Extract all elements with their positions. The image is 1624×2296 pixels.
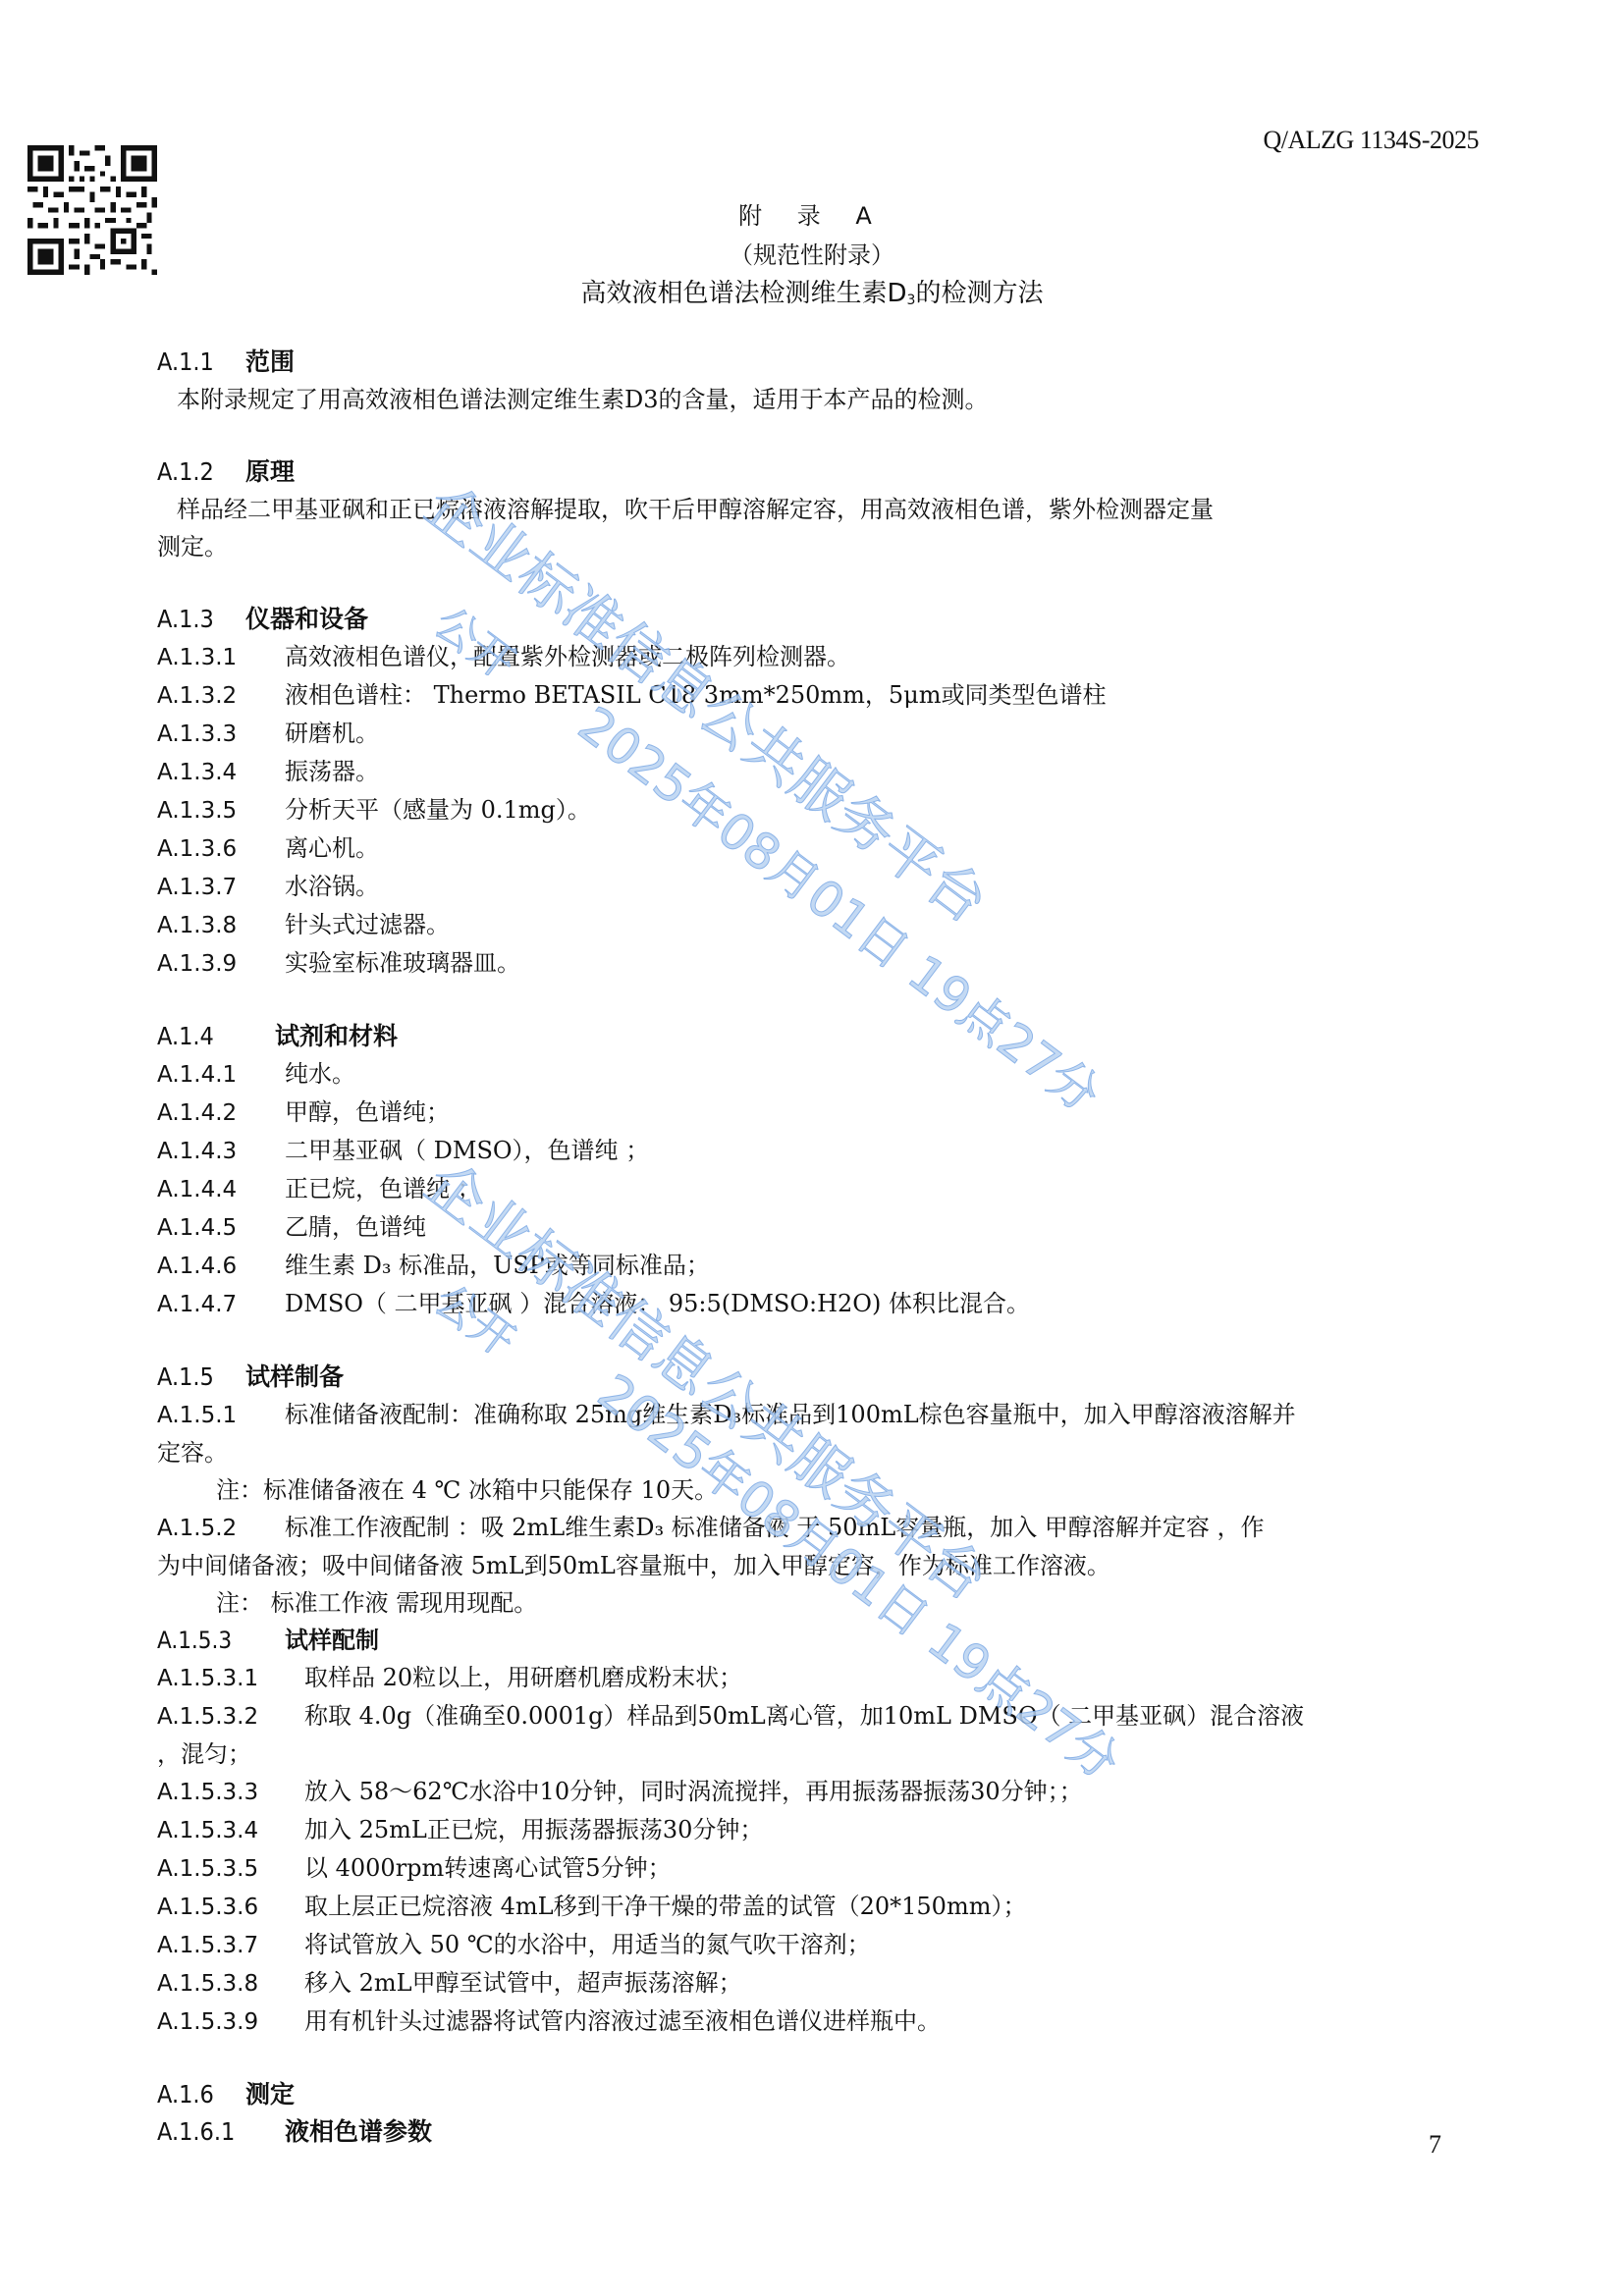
list-item: A.1.4.7DMSO（ 二甲基亚砜 ）混合溶液： 95:5(DMSO:H2O)… — [157, 1285, 1473, 1323]
item-continuation: 定容。 — [157, 1434, 1473, 1471]
appendix-title-post: 的检测方法 — [915, 279, 1043, 308]
section-heading-scope: A.1.1范围 — [157, 344, 1473, 381]
document-code: Q/ALZG 1134S-2025 — [1264, 126, 1479, 155]
section-number: A.1.5 — [157, 1359, 245, 1396]
section-number: A.1.1 — [157, 344, 245, 381]
section-number: A.1.3 — [157, 601, 245, 638]
item-number: A.1.3.2 — [157, 677, 285, 715]
list-item: A.1.3.7水浴锅。 — [157, 868, 1473, 906]
item-number: A.1.5.3.3 — [157, 1774, 304, 1811]
section-title: 原理 — [245, 457, 295, 486]
item-text: 将试管放入 50 ℃的水浴中，用适当的氮气吹干溶剂； — [304, 1931, 871, 1958]
section-number: A.1.6 — [157, 2076, 245, 2113]
list-item: A.1.5.2标准工作液配制 ：吸 2mL维生素D₃ 标准储备液 于 50mL容… — [157, 1509, 1473, 1547]
item-number: A.1.3.7 — [157, 869, 285, 906]
item-continuation: 为中间储备液；吸中间储备液 5mL到50mL容量瓶中，加入甲醇定容，作为标准工作… — [157, 1547, 1473, 1584]
item-number: A.1.3.4 — [157, 754, 285, 791]
list-item: A.1.4.4正已烷，色谱纯 ； — [157, 1170, 1473, 1208]
item-text: 离心机。 — [285, 834, 379, 862]
list-item: A.1.5.1标准储备液配制：准确称取 25mg维生素D₃标准品到100mL棕色… — [157, 1396, 1473, 1434]
item-number: A.1.4.7 — [157, 1286, 285, 1323]
section-title: 范围 — [245, 347, 295, 376]
item-text: 高效液相色谱仪，配置紫外检测器或二极阵列检测器。 — [285, 643, 850, 670]
list-item: A.1.3.2液相色谱柱： Thermo BETASIL C18 3mm*250… — [157, 676, 1473, 715]
section-heading-principle: A.1.2原理 — [157, 454, 1473, 491]
list-item: A.1.3.4振荡器。 — [157, 753, 1473, 791]
item-text: 加入 25mL正已烷，用振荡器振荡30分钟； — [304, 1816, 763, 1843]
item-number: A.1.5.2 — [157, 1510, 285, 1547]
item-number: A.1.4.2 — [157, 1095, 285, 1132]
appendix-label: 附 录 A — [0, 196, 1624, 231]
item-number: A.1.5.3.6 — [157, 1889, 304, 1926]
section-number: A.1.6.1 — [157, 2113, 285, 2151]
item-text: 振荡器。 — [285, 758, 379, 785]
subsection-heading-hplc-params: A.1.6.1液相色谱参数 — [157, 2113, 1473, 2151]
item-text: 用有机针头过滤器将试管内溶液过滤至液相色谱仪进样瓶中。 — [304, 2007, 941, 2035]
item-text: 纯水。 — [285, 1060, 355, 1088]
list-item: A.1.5.3.5以 4000rpm转速离心试管5分钟； — [157, 1849, 1473, 1888]
appendix-type: （规范性附录） — [0, 236, 1624, 270]
section-number: A.1.4 — [157, 1018, 275, 1055]
item-text: 甲醇，色谱纯； — [285, 1098, 450, 1126]
item-number: A.1.5.1 — [157, 1397, 285, 1434]
item-number: A.1.4.5 — [157, 1209, 285, 1247]
section-title: 试样配制 — [285, 1627, 379, 1654]
list-item: A.1.3.8针头式过滤器。 — [157, 906, 1473, 944]
item-number: A.1.5.3.1 — [157, 1660, 304, 1697]
section-title: 测定 — [245, 2080, 295, 2109]
list-item: A.1.4.2甲醇，色谱纯； — [157, 1094, 1473, 1132]
list-item: A.1.4.3二甲基亚砜（ DMSO），色谱纯 ； — [157, 1132, 1473, 1170]
note-text: 注：标准储备液在 4 ℃ 冰箱中只能保存 10天。 — [157, 1471, 1473, 1509]
item-number: A.1.3.9 — [157, 945, 285, 983]
section-title: 仪器和设备 — [245, 605, 368, 633]
appendix-title-pre: 高效液相色谱法检测维生素 — [581, 279, 888, 308]
item-number: A.1.4.6 — [157, 1248, 285, 1285]
item-text: 液相色谱柱： Thermo BETASIL C18 3mm*250mm，5μm或… — [285, 681, 1107, 709]
item-number: A.1.3.6 — [157, 830, 285, 868]
section-title: 液相色谱参数 — [285, 2117, 432, 2146]
appendix-title-d: D — [888, 279, 907, 308]
item-text: 针头式过滤器。 — [285, 911, 450, 938]
item-text: 标准工作液配制 ：吸 2mL维生素D₃ 标准储备液 于 50mL容量瓶，加入 甲… — [285, 1514, 1264, 1541]
list-item: A.1.5.3.4加入 25mL正已烷，用振荡器振荡30分钟； — [157, 1811, 1473, 1849]
section-heading-sample-prep: A.1.5试样制备 — [157, 1359, 1473, 1396]
list-item: A.1.5.3.1取样品 20粒以上，用研磨机磨成粉末状； — [157, 1659, 1473, 1697]
list-item: A.1.4.6维生素 D₃ 标准品，USP或等同标准品； — [157, 1247, 1473, 1285]
item-text: 标准储备液配制：准确称取 25mg维生素D₃标准品到100mL棕色容量瓶中，加入… — [285, 1401, 1296, 1428]
list-item: A.1.3.1高效液相色谱仪，配置紫外检测器或二极阵列检测器。 — [157, 638, 1473, 676]
item-number: A.1.5.3.9 — [157, 2003, 304, 2041]
item-number: A.1.5.3.2 — [157, 1698, 304, 1735]
item-number: A.1.3.5 — [157, 792, 285, 829]
item-text: 以 4000rpm转速离心试管5分钟； — [304, 1854, 672, 1882]
list-item: A.1.5.3.2称取 4.0g（准确至0.0001g）样品到50mL离心管，加… — [157, 1697, 1473, 1735]
item-number: A.1.4.3 — [157, 1133, 285, 1170]
page-number: 7 — [1429, 2130, 1441, 2160]
list-item: A.1.3.5分析天平（感量为 0.1mg）。 — [157, 791, 1473, 829]
item-continuation: ，混匀； — [157, 1735, 1473, 1773]
item-number: A.1.5.3.7 — [157, 1927, 304, 1964]
document-body: A.1.1范围 本附录规定了用高效液相色谱法测定维生素D3的含量，适用于本产品的… — [157, 344, 1473, 2151]
principle-paragraph-line1: 样品经二甲基亚砜和正已烷溶液溶解提取，吹干后甲醇溶解定容，用高效液相色谱，紫外检… — [157, 491, 1473, 528]
item-text: 取样品 20粒以上，用研磨机磨成粉末状； — [304, 1664, 742, 1691]
list-item: A.1.3.6离心机。 — [157, 829, 1473, 868]
principle-paragraph-line2: 测定。 — [157, 528, 1473, 565]
list-item: A.1.5.3.7将试管放入 50 ℃的水浴中，用适当的氮气吹干溶剂； — [157, 1926, 1473, 1964]
item-number: A.1.5.3.5 — [157, 1850, 304, 1888]
item-text: 水浴锅。 — [285, 873, 379, 900]
item-number: A.1.5.3.8 — [157, 1965, 304, 2002]
list-item: A.1.5.3.6取上层正已烷溶液 4mL移到干净干燥的带盖的试管（20*150… — [157, 1888, 1473, 1926]
section-heading-instruments: A.1.3仪器和设备 — [157, 601, 1473, 638]
item-number: A.1.3.8 — [157, 907, 285, 944]
section-heading-reagents: A.1.4试剂和材料 — [157, 1018, 1473, 1055]
item-number: A.1.3.3 — [157, 716, 285, 753]
item-number: A.1.5.3.4 — [157, 1812, 304, 1849]
list-item: A.1.4.5乙腈，色谱纯 — [157, 1208, 1473, 1247]
list-item: A.1.5.3.9用有机针头过滤器将试管内溶液过滤至液相色谱仪进样瓶中。 — [157, 2002, 1473, 2041]
section-title: 试剂和材料 — [275, 1022, 398, 1050]
list-item: A.1.4.1纯水。 — [157, 1055, 1473, 1094]
list-item: A.1.5.3.3放入 58～62℃水浴中10分钟，同时涡流搅拌，再用振荡器振荡… — [157, 1773, 1473, 1811]
subsection-heading-sample: A.1.5.3试样配制 — [157, 1622, 1473, 1659]
item-number: A.1.3.1 — [157, 639, 285, 676]
section-number: A.1.2 — [157, 454, 245, 491]
item-text: DMSO（ 二甲基亚砜 ）混合溶液： 95:5(DMSO:H2O) 体积比混合。 — [285, 1290, 1030, 1317]
list-item: A.1.3.3研磨机。 — [157, 715, 1473, 753]
item-number: A.1.4.1 — [157, 1056, 285, 1094]
list-item: A.1.5.3.8移入 2mL甲醇至试管中，超声振荡溶解； — [157, 1964, 1473, 2002]
item-text: 实验室标准玻璃器皿。 — [285, 949, 520, 977]
section-title: 试样制备 — [245, 1362, 344, 1391]
item-text: 取上层正已烷溶液 4mL移到干净干燥的带盖的试管（20*150mm）； — [304, 1893, 1026, 1920]
list-item: A.1.3.9实验室标准玻璃器皿。 — [157, 944, 1473, 983]
section-number: A.1.5.3 — [157, 1622, 285, 1659]
item-text: 乙腈，色谱纯 — [285, 1213, 426, 1241]
item-number: A.1.4.4 — [157, 1171, 285, 1208]
item-text: 维生素 D₃ 标准品，USP或等同标准品； — [285, 1252, 710, 1279]
note-text: 注： 标准工作液 需现用现配。 — [157, 1584, 1473, 1622]
item-text: 研磨机。 — [285, 720, 379, 747]
item-text: 放入 58～62℃水浴中10分钟，同时涡流搅拌，再用振荡器振荡30分钟；； — [304, 1778, 1083, 1805]
scope-paragraph: 本附录规定了用高效液相色谱法测定维生素D3的含量，适用于本产品的检测。 — [157, 381, 1473, 418]
item-text: 称取 4.0g（准确至0.0001g）样品到50mL离心管，加10mL DMSO… — [304, 1702, 1304, 1730]
item-text: 移入 2mL甲醇至试管中，超声振荡溶解； — [304, 1969, 742, 1997]
item-text: 正已烷，色谱纯 ； — [285, 1175, 481, 1202]
appendix-title: 高效液相色谱法检测维生素D3的检测方法 — [0, 273, 1624, 309]
item-text: 二甲基亚砜（ DMSO），色谱纯 ； — [285, 1137, 649, 1164]
document-page: Q/ALZG 1134S-2025 — [0, 0, 1624, 2296]
item-text: 分析天平（感量为 0.1mg）。 — [285, 796, 591, 824]
section-heading-determination: A.1.6测定 — [157, 2076, 1473, 2113]
